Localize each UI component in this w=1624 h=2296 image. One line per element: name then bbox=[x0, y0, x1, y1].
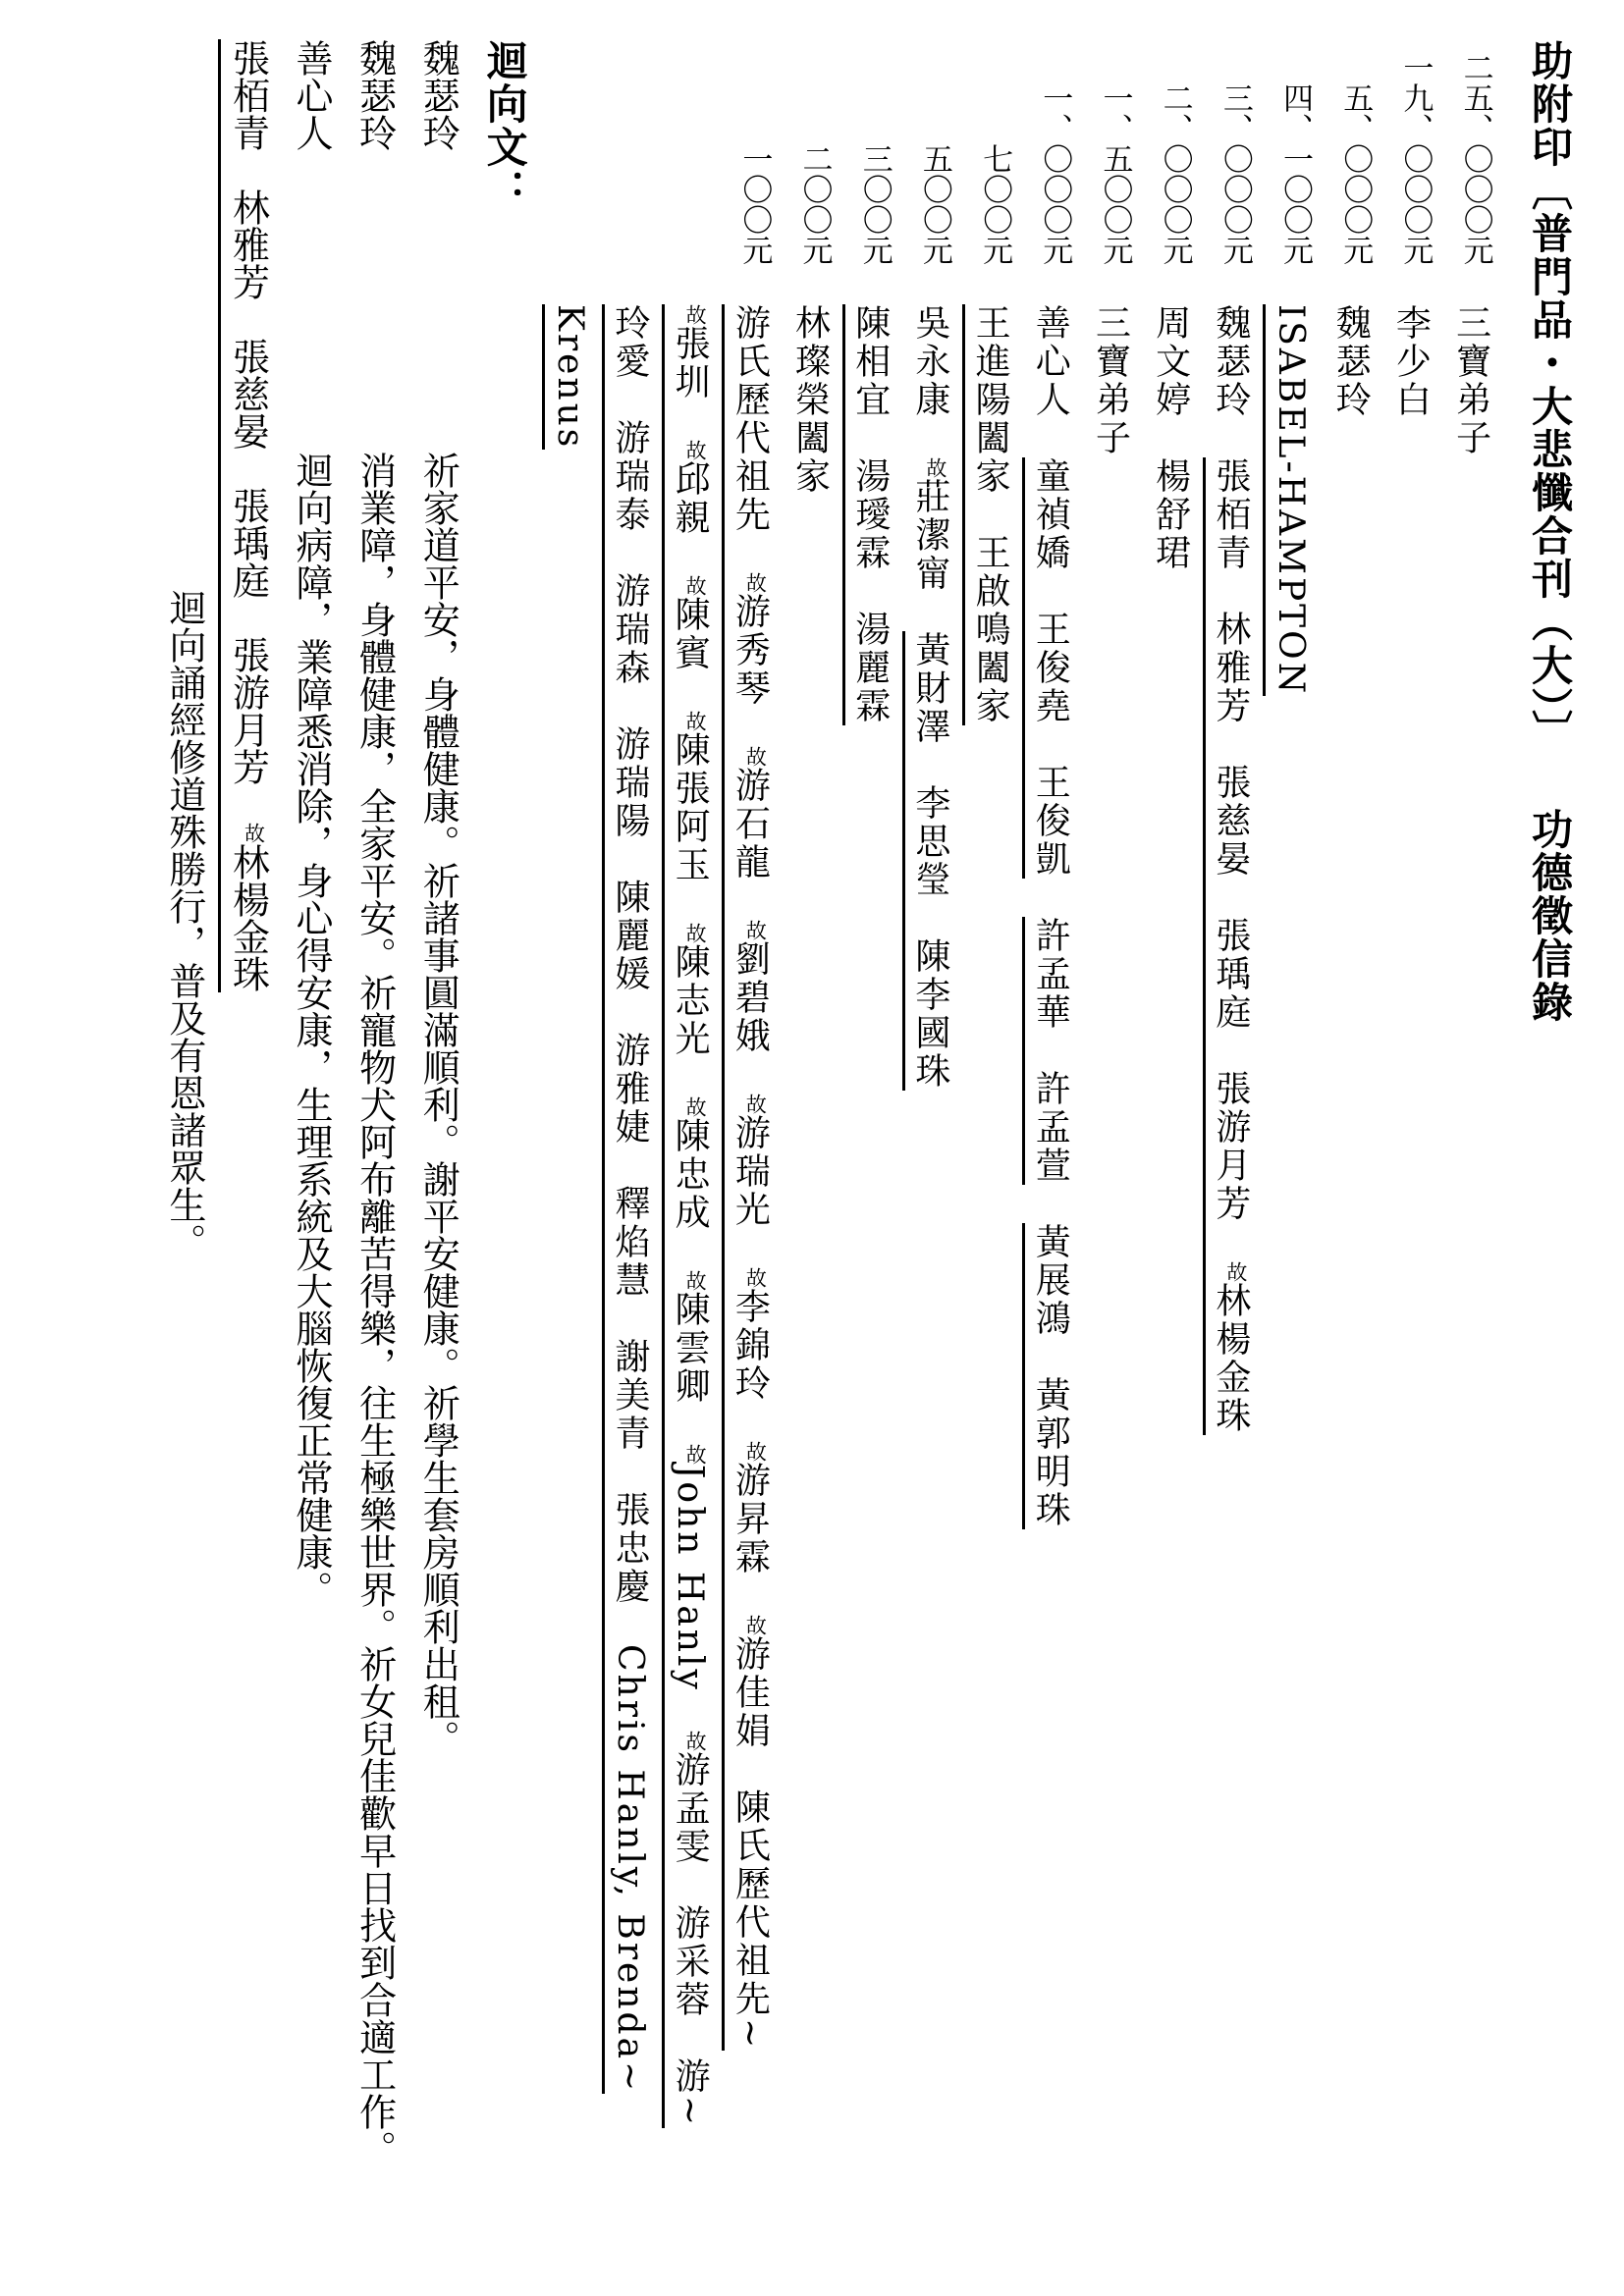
donor-name: 故游孟雯 bbox=[670, 1731, 710, 1866]
deceased-marker: 故 bbox=[1224, 1261, 1248, 1282]
deceased-marker: 故 bbox=[743, 572, 767, 593]
donation-entry: 一九、〇〇〇元李少白 bbox=[1380, 39, 1440, 2257]
deceased-marker: 故 bbox=[683, 1444, 707, 1465]
document-title: 助附印〔普門品・大悲懺合刊（大）〕 bbox=[1526, 39, 1574, 753]
name-group: Krenus bbox=[542, 304, 590, 450]
dedication-donor: 善心人 bbox=[279, 39, 343, 432]
donation-entry: 一、五〇〇元三寶弟子 bbox=[1080, 39, 1140, 2257]
donation-names: 魏瑟玲 bbox=[1321, 304, 1380, 2257]
donor-name: 魏瑟玲 bbox=[1211, 304, 1251, 419]
donor-name: 游氏歷代祖先 bbox=[730, 304, 770, 534]
donor-name: 三寶弟子 bbox=[1090, 304, 1130, 457]
donor-name: 故陳賓 bbox=[670, 575, 710, 672]
donor-name: 張栢青 bbox=[1211, 457, 1251, 572]
deceased-marker: 故 bbox=[743, 920, 767, 940]
donor-name: 故游昇霖 bbox=[730, 1441, 770, 1576]
donor-name: 黃郭明珠 bbox=[1030, 1376, 1070, 1529]
donor-name: 王進陽闔家 bbox=[970, 304, 1010, 496]
donation-entry: 二五、〇〇〇元三寶弟子 bbox=[1440, 39, 1500, 2257]
deceased-marker: 故 bbox=[683, 440, 707, 460]
donation-amount: 一九、〇〇〇元 bbox=[1389, 39, 1441, 265]
donation-names: 王進陽闔家 王啟鳴闔家 bbox=[960, 304, 1020, 2257]
donation-amount: 一〇〇元 bbox=[729, 39, 781, 265]
donor-name: 游瑞森 bbox=[610, 572, 650, 687]
name-group: 黃財澤 李思瑩 陳李國珠 bbox=[902, 631, 950, 1091]
donor-name: 王啟鳴闔家 bbox=[970, 534, 1010, 725]
dedication-entry: 善心人迴向病障，業障悉消除，身心得安康，生理系統及大腦恢復正常健康。 bbox=[279, 39, 343, 2257]
donor-name: 湯麗霖 bbox=[850, 611, 891, 725]
donation-amount: 三、〇〇〇元 bbox=[1209, 39, 1261, 265]
deceased-marker: 故 bbox=[924, 457, 947, 478]
deceased-marker: 故 bbox=[743, 1615, 767, 1635]
donor-name: 周文婷 bbox=[1151, 304, 1191, 419]
donation-amount: 一、五〇〇元 bbox=[1089, 39, 1141, 265]
donation-names: 吳永康 故莊潔甯 黃財澤 李思瑩 陳李國珠 bbox=[900, 304, 960, 2257]
dedications-header-text: 迴向文： bbox=[481, 39, 529, 212]
donation-names: 魏瑟玲 張栢青 林雅芳 張慈晏 張瑀庭 張游月芳 故林楊金珠 bbox=[1201, 304, 1261, 2257]
donor-name: 黃展鴻 bbox=[1030, 1223, 1070, 1338]
donation-entry: 三〇〇元陳相宜 湯璦霖 湯麗霖 bbox=[840, 39, 900, 2257]
donor-name: 林璨榮闔家 bbox=[790, 304, 831, 496]
donor-name: 魏瑟玲 bbox=[1330, 304, 1371, 419]
name-group: 陳相宜 湯璦霖 湯麗霖 bbox=[842, 304, 891, 725]
donor-name: Krenus bbox=[550, 304, 590, 450]
name-group: 王進陽闔家 王啟鳴闔家 bbox=[962, 304, 1010, 725]
deceased-marker: 故 bbox=[683, 1270, 707, 1291]
donation-amount: 二五、〇〇〇元 bbox=[1449, 39, 1501, 265]
name-group: 三寶弟子 bbox=[1451, 304, 1491, 457]
donation-names: 周文婷 楊舒珺 bbox=[1140, 304, 1200, 2257]
dedication-entry-names: 張栢青 林雅芳 張慈晏 張瑀庭 張游月芳 故林楊金珠 bbox=[216, 39, 280, 2257]
deceased-marker: 故 bbox=[743, 1267, 767, 1288]
donor-name: 游瑞陽 bbox=[610, 725, 650, 840]
deceased-marker: 故 bbox=[683, 304, 707, 325]
donor-name: 故莊潔甯 bbox=[910, 457, 950, 593]
donor-name: 故邱親 bbox=[670, 440, 710, 537]
deceased-marker: 故 bbox=[743, 746, 767, 767]
document-subtitle: 功德徵信錄 bbox=[1526, 808, 1574, 1024]
donation-amount: 五〇〇元 bbox=[908, 39, 960, 265]
name-group: 張栢青 林雅芳 張慈晏 張瑀庭 張游月芳 故林楊金珠 bbox=[1203, 457, 1251, 1435]
donor-name: 張瑀庭 bbox=[226, 487, 269, 599]
name-group: 周文婷 楊舒珺 bbox=[1151, 304, 1191, 572]
donor-name: 陳相宜 bbox=[850, 304, 891, 419]
dedication-entry-text: 迴向誦經修道殊勝行，普及有恩諸眾生。 bbox=[152, 39, 216, 2257]
donation-amount: 二、〇〇〇元 bbox=[1149, 39, 1201, 265]
dedication-donor: 魏瑟玲 bbox=[343, 39, 406, 432]
name-group: 三寶弟子 bbox=[1090, 304, 1130, 457]
deceased-marker: 故 bbox=[683, 575, 707, 596]
name-group: 故張圳 故邱親 故陳賓 故陳張阿玉 故陳志光 故陳忠成 故陳雲卿 故John H… bbox=[662, 304, 710, 2128]
donation-entry: 七〇〇元王進陽闔家 王啟鳴闔家 bbox=[960, 39, 1020, 2257]
name-group: 林璨榮闔家 bbox=[790, 304, 831, 496]
donor-name: 故游石龍 bbox=[730, 746, 770, 881]
donor-name: 陳麗媛 bbox=[610, 879, 650, 993]
donor-name: 張游月芳 bbox=[226, 636, 269, 785]
donation-entry: 一、〇〇〇元善心人 童禎嬌 王俊堯 王俊凱 許孟華 許孟萱 黃展鴻 黃郭明珠 bbox=[1020, 39, 1080, 2257]
donor-name: 故林楊金珠 bbox=[226, 823, 269, 992]
donor-name: 故李錦玲 bbox=[730, 1267, 770, 1403]
donor-name: 王俊堯 bbox=[1030, 611, 1070, 725]
donor-name: 張慈晏 bbox=[226, 338, 269, 450]
name-group: 魏瑟玲 bbox=[1211, 304, 1251, 419]
name-group: 童禎嬌 王俊堯 王俊凱 bbox=[1022, 457, 1070, 879]
donation-names: 陳相宜 湯璦霖 湯麗霖 bbox=[840, 304, 900, 2257]
deceased-marker: 故 bbox=[683, 923, 707, 943]
donor-name: 釋焰慧 bbox=[610, 1185, 650, 1300]
donation-entry: 五、〇〇〇元魏瑟玲 bbox=[1321, 39, 1380, 2257]
donor-name: 故游秀琴 bbox=[730, 572, 770, 708]
donor-name: 故游瑞光 bbox=[730, 1094, 770, 1229]
donation-names-column: 游氏歷代祖先 故游秀琴 故游石龍 故劉碧娥 故游瑞光 故李錦玲 故游昇霖 故游佳… bbox=[720, 304, 780, 2257]
donation-names: 善心人 童禎嬌 王俊堯 王俊凱 許孟華 許孟萱 黃展鴻 黃郭明珠 bbox=[1020, 304, 1080, 2257]
donor-name: 張栢青 bbox=[226, 39, 269, 151]
deceased-marker: 故 bbox=[743, 1094, 767, 1114]
donation-amount: 四、一〇〇元 bbox=[1269, 39, 1321, 265]
donor-name: 李思瑩 bbox=[910, 784, 950, 899]
donor-name: 三寶弟子 bbox=[1451, 304, 1491, 457]
donation-amount: 五、〇〇〇元 bbox=[1329, 39, 1381, 265]
donor-name: 湯璦霖 bbox=[850, 457, 891, 572]
name-group: 許孟華 許孟萱 bbox=[1022, 917, 1070, 1185]
name-group: 黃展鴻 黃郭明珠 bbox=[1022, 1223, 1070, 1529]
dedication-text: 消業障，身體健康，全家平安。祈寵物犬阿布離苦得樂，往生極樂世界。祈女兒佳歡早日找… bbox=[353, 452, 397, 2167]
donor-name: 故游佳娟 bbox=[730, 1615, 770, 1750]
donor-name: 故陳雲卿 bbox=[670, 1270, 710, 1406]
donor-name: 魏瑟玲 bbox=[353, 39, 397, 151]
donation-amount: 三〇〇元 bbox=[848, 39, 900, 265]
donor-name: 游~ bbox=[670, 2057, 710, 2128]
donation-amount: 一、〇〇〇元 bbox=[1029, 39, 1081, 265]
donor-name: 故陳張阿玉 bbox=[670, 711, 710, 884]
donor-name: 張慈晏 bbox=[1211, 764, 1251, 879]
donation-names: 游氏歷代祖先 故游秀琴 故游石龍 故劉碧娥 故游瑞光 故李錦玲 故游昇霖 故游佳… bbox=[540, 304, 781, 2257]
donor-name: 故陳忠成 bbox=[670, 1096, 710, 1232]
donation-entry: 一〇〇元游氏歷代祖先 故游秀琴 故游石龍 故劉碧娥 故游瑞光 故李錦玲 故游昇霖… bbox=[540, 39, 781, 2257]
dedication-text: 迴向病障，業障悉消除，身心得安康，生理系統及大腦恢復正常健康。 bbox=[290, 452, 333, 1608]
donation-amount: 七〇〇元 bbox=[968, 39, 1020, 265]
donor-name: 故張圳 bbox=[670, 304, 710, 401]
document-title-column: 助附印〔普門品・大悲懺合刊（大）〕功德徵信錄 bbox=[1515, 39, 1585, 2257]
donation-entry: 五〇〇元吳永康 故莊潔甯 黃財澤 李思瑩 陳李國珠 bbox=[900, 39, 960, 2257]
donor-name: 黃財澤 bbox=[910, 631, 950, 746]
donation-names-column: 故張圳 故邱親 故陳賓 故陳張阿玉 故陳志光 故陳忠成 故陳雲卿 故John H… bbox=[660, 304, 720, 2257]
donor-name: 許孟華 bbox=[1030, 917, 1070, 1032]
donation-amount: 二〇〇元 bbox=[788, 39, 840, 265]
name-group: 吳永康 故莊潔甯 bbox=[910, 304, 950, 593]
name-group: 李少白 bbox=[1390, 304, 1431, 419]
donation-names: 三寶弟子 bbox=[1440, 304, 1500, 2257]
donor-name: 游雅婕 bbox=[610, 1032, 650, 1147]
dedication-text: 迴向誦經修道殊勝行，普及有恩諸眾生。 bbox=[163, 589, 206, 1260]
name-group: 魏瑟玲 bbox=[1330, 304, 1371, 419]
dedication-entry: 魏瑟玲消業障，身體健康，全家平安。祈寵物犬阿布離苦得樂，往生極樂世界。祈女兒佳歡… bbox=[343, 39, 406, 2257]
donor-name: 玲愛 bbox=[610, 304, 650, 381]
donor-name: 王俊凱 bbox=[1030, 764, 1070, 879]
deceased-marker: 故 bbox=[683, 1096, 707, 1117]
donation-names-column: Krenus bbox=[540, 304, 600, 2257]
deceased-marker: 故 bbox=[743, 1441, 767, 1462]
donor-name: 張游月芳 bbox=[1211, 1070, 1251, 1223]
name-group: 玲愛 游瑞泰 游瑞森 游瑞陽 陳麗媛 游雅婕 釋焰慧 謝美青 張忠慶 Chris… bbox=[602, 304, 650, 2094]
donor-name: 張忠慶 bbox=[610, 1491, 650, 1606]
donation-entry: 二、〇〇〇元周文婷 楊舒珺 bbox=[1140, 39, 1200, 2257]
dedication-donor: 魏瑟玲 bbox=[406, 39, 470, 432]
dedications-header: 迴向文： bbox=[469, 39, 539, 2257]
donor-name: 陳氏歷代祖先~ bbox=[730, 1789, 770, 2051]
donor-name: Chris Hanly, Brenda~ bbox=[610, 1644, 650, 2094]
donor-name: 魏瑟玲 bbox=[416, 39, 460, 151]
donation-names: ISABEL-HAMPTON bbox=[1261, 304, 1321, 2257]
donation-entry: 四、一〇〇元ISABEL-HAMPTON bbox=[1261, 39, 1321, 2257]
donor-name: 許孟萱 bbox=[1030, 1070, 1070, 1185]
donation-entry: 三、〇〇〇元魏瑟玲 張栢青 林雅芳 張慈晏 張瑀庭 張游月芳 故林楊金珠 bbox=[1201, 39, 1261, 2257]
dedication-entry: 魏瑟玲祈家道平安，身體健康。祈諸事圓滿順利。謝平安健康。祈學生套房順利出租。 bbox=[406, 39, 470, 2257]
donation-names: 三寶弟子 bbox=[1080, 304, 1140, 2257]
donor-name: 林雅芳 bbox=[1211, 611, 1251, 725]
donor-name: 故陳志光 bbox=[670, 923, 710, 1058]
deceased-marker: 故 bbox=[683, 1731, 707, 1751]
donation-names-column: 玲愛 游瑞泰 游瑞森 游瑞陽 陳麗媛 游雅婕 釋焰慧 謝美青 張忠慶 Chris… bbox=[600, 304, 660, 2257]
donor-name: 善心人 bbox=[290, 39, 333, 151]
donor-name: 張瑀庭 bbox=[1211, 917, 1251, 1032]
donation-names: 林璨榮闔家 bbox=[780, 304, 839, 2257]
donor-name: 童禎嬌 bbox=[1030, 457, 1070, 572]
donor-name: 林雅芳 bbox=[226, 188, 269, 300]
donor-name: 謝美青 bbox=[610, 1338, 650, 1453]
donor-name: 李少白 bbox=[1390, 304, 1431, 419]
donor-name: 善心人 bbox=[1030, 304, 1070, 419]
donor-name: 游瑞泰 bbox=[610, 419, 650, 534]
deceased-marker: 故 bbox=[242, 823, 265, 843]
page: 助附印〔普門品・大悲懺合刊（大）〕功德徵信錄 二五、〇〇〇元三寶弟子一九、〇〇〇… bbox=[0, 0, 1624, 2296]
donor-name: 故林楊金珠 bbox=[1211, 1261, 1251, 1435]
donor-name: ISABEL-HAMPTON bbox=[1271, 304, 1311, 696]
name-group: ISABEL-HAMPTON bbox=[1263, 304, 1311, 696]
donor-name: 陳李國珠 bbox=[910, 937, 950, 1091]
dedication-text: 祈家道平安，身體健康。祈諸事圓滿順利。謝平安健康。祈學生套房順利出租。 bbox=[416, 452, 460, 1757]
donor-name: 吳永康 bbox=[910, 304, 950, 419]
donor-name: 故John Hanly bbox=[670, 1444, 710, 1692]
donor-name: 游采蓉 bbox=[670, 1904, 710, 2019]
name-group: 張栢青 林雅芳 張慈晏 張瑀庭 張游月芳 故林楊金珠 bbox=[218, 39, 269, 992]
donation-names: 李少白 bbox=[1380, 304, 1440, 2257]
donor-name: 故劉碧娥 bbox=[730, 920, 770, 1055]
name-group: 善心人 bbox=[1030, 304, 1070, 419]
deceased-marker: 故 bbox=[683, 711, 707, 731]
donor-name: 楊舒珺 bbox=[1151, 457, 1191, 572]
donation-entry: 二〇〇元林璨榮闔家 bbox=[780, 39, 839, 2257]
name-group: 游氏歷代祖先 故游秀琴 故游石龍 故劉碧娥 故游瑞光 故李錦玲 故游昇霖 故游佳… bbox=[722, 304, 770, 2051]
